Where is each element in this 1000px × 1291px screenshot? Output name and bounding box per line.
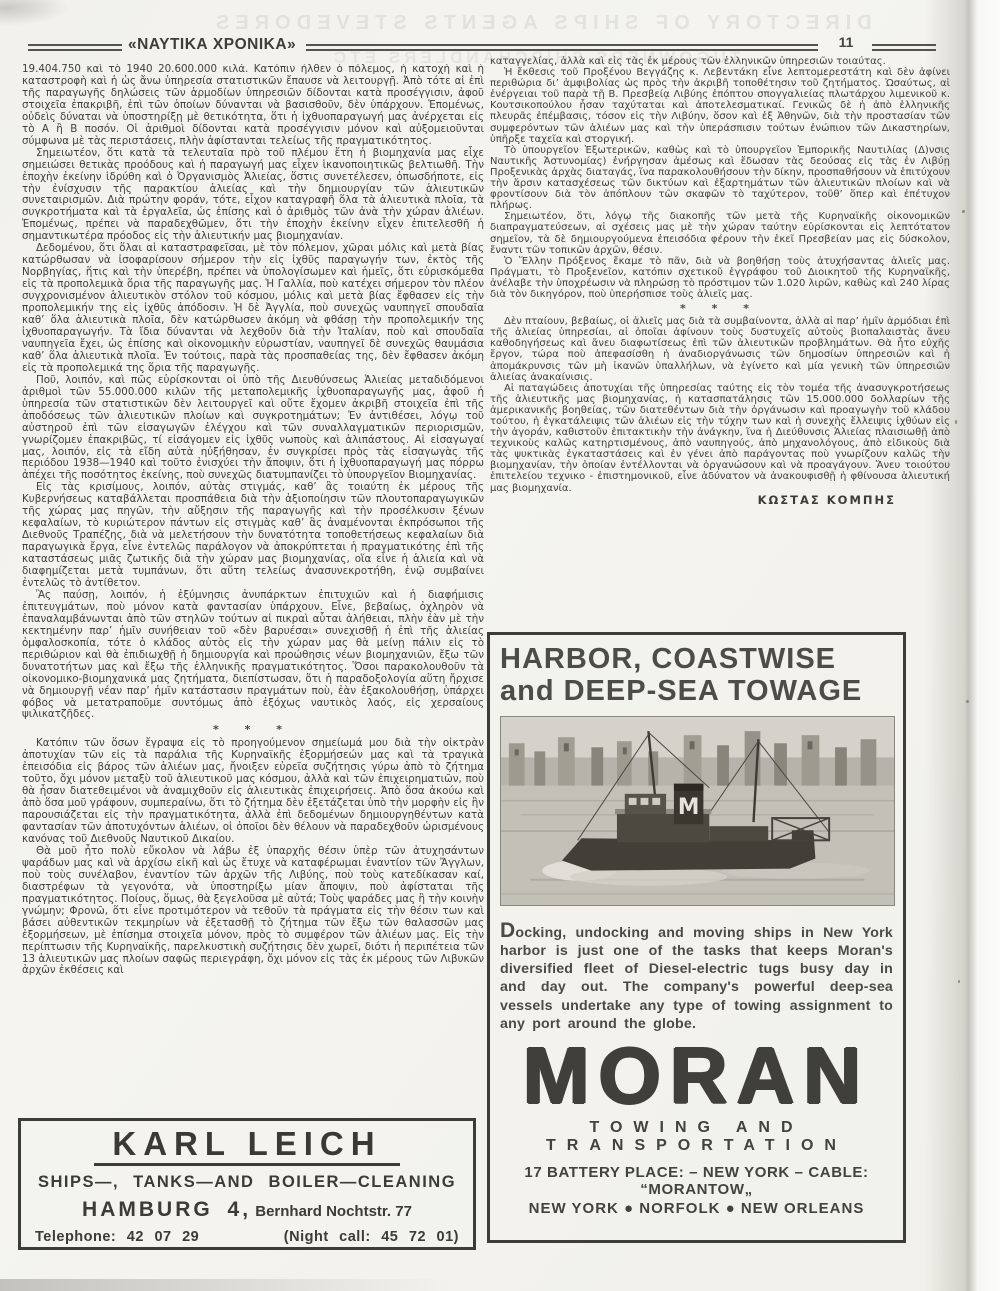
article-paragraph: Δεδομένου, ὅτι ὅλαι αἱ καταστραφεῖσαι, μ… [22,243,484,374]
karl-leich-city: HAMBURG 4, [82,1198,251,1221]
karl-leich-services: SHIPS—, TANKS—AND BOILER—CLEANING [21,1173,473,1192]
karl-leich-telephone: Telephone: 42 07 29 [35,1229,199,1245]
section-separator: * * * [22,724,484,736]
moran-subtitle: TOWING AND TRANSPORTATION [500,1119,893,1155]
scan-speck [958,980,960,983]
page-edge-shadow [925,0,1000,1291]
moran-headline-line2: and DEEP-SEA TOWAGE [500,675,893,707]
masthead-title: «ΝΑΥΤΙΚΑ ΧΡΟΝΙΚΑ» [128,36,296,54]
double-rule [28,44,122,51]
paragraph-group: 19.404.750 καὶ τὸ 1940 20.600.000 κιλά. … [22,64,484,721]
scan-smudge [0,0,70,26]
article-paragraph: Ἂς παύσῃ, λοιπόν, ἡ ἐξύμνησις ἀνυπάρκτων… [22,590,484,721]
moran-address-line1: 17 BATTERY PLACE: – NEW YORK – CABLE: “M… [500,1164,893,1198]
article-paragraph: Κατόπιν τῶν ὅσων ἔγραψα εἰς τὸ προηγούμε… [22,738,484,846]
scan-speck [962,210,965,213]
article-paragraph: καταγγελίας, ἀλλὰ καὶ εἰς τὰς ἐκ μέρους … [490,56,950,67]
moran-ad: HARBOR, COASTWISE and DEEP-SEA TOWAGE [487,632,906,1243]
karl-leich-phones: Telephone: 42 07 29 (Night call: 45 72 0… [21,1222,473,1245]
article-paragraph: Ὁ Ἕλλην Πρόξενος ἔκαμε τὸ πᾶν, διὰ νὰ βο… [490,256,950,300]
article-paragraph: Τὸ ὑπουργεῖον Ἐξωτερικῶν, καθὼς καὶ τὸ ὑ… [490,145,950,212]
moran-body-text: Docking, undocking and moving ships in N… [500,920,893,1033]
article-paragraph: Σημειωτέον, ὅτι κατὰ τὰ τελευταῖα πρὸ το… [22,148,484,244]
moran-headline-line1: HARBOR, COASTWISE [500,643,893,675]
moran-dropcap: D [500,919,515,942]
moran-logo-text: MORAN [500,1035,893,1117]
article-paragraph: Σημειωτέον, ὅτι, λόγῳ τῆς διακοπῆς τῶν μ… [490,211,950,255]
article-paragraph: Εἰς τὰς κρισίμους, λοιπόν, αὐτὰς στιγμάς… [22,482,484,590]
author-signature: ΚΩΣΤΑΣ ΚΟΜΠΗΣ [490,495,950,506]
funnel-letter: M [678,795,700,820]
karl-leich-ad: KARL LEICH SHIPS—, TANKS—AND BOILER—CLEA… [18,1118,476,1250]
section-separator: * * * [490,303,950,314]
paragraph-group: Κατόπιν τῶν ὅσων ἔγραψα εἰς τὸ προηγούμε… [22,738,484,977]
tugboat-photo: M [500,716,895,906]
article-paragraph: Ἡ ἔκθεσις τοῦ Προξένου Βεγγάζης κ. Λεβεν… [490,67,950,145]
article-paragraph: 19.404.750 καὶ τὸ 1940 20.600.000 κιλά. … [22,64,484,148]
article-column-right: καταγγελίας, ἀλλὰ καὶ εἰς τὰς ἐκ μέρους … [490,56,950,630]
double-rule [306,44,818,51]
karl-leich-street: Bernhard Nochtstr. 77 [255,1203,412,1220]
article-paragraph: Ποῦ, λοιπόν, καὶ πῶς εὑρίσκονται οἱ ὑπὸ … [22,375,484,483]
moran-headline: HARBOR, COASTWISE and DEEP-SEA TOWAGE [500,643,893,708]
moran-body-rest: ocking, undocking and moving ships in Ne… [500,925,893,1032]
karl-leich-night-call: (Night call: 45 72 01) [284,1229,459,1245]
scan-smudge [0,1279,450,1291]
article-paragraph: Θὰ μοῦ ἦτο πολὺ εὔκολον νὰ λάβω ἐξ ὑπαρχ… [22,846,484,977]
karl-leich-title: KARL LEICH [94,1127,399,1166]
paragraph-group: καταγγελίας, ἀλλὰ καὶ εἰς τὰς ἐκ μέρους … [490,56,950,300]
karl-leich-address: HAMBURG 4, Bernhard Nochtstr. 77 [21,1198,473,1222]
scan-speck [966,700,969,703]
paragraph-group: Δὲν πταίουν, βεβαίως, οἱ ἁλιεῖς μας διὰ … [490,316,950,494]
article-column-left: 19.404.750 καὶ τὸ 1940 20.600.000 κιλά. … [22,64,484,1108]
scan-speck [955,420,957,424]
page-number: 11 [828,34,864,50]
moran-address-line2: NEW YORK ● NORFOLK ● NEW ORLEANS [500,1200,893,1217]
article-paragraph: Δὲν πταίουν, βεβαίως, οἱ ἁλιεῖς μας διὰ … [490,316,950,383]
article-paragraph: Αἱ παταγώδεις ἀποτυχίαι τῆς ὑπηρεσίας τα… [490,383,950,494]
